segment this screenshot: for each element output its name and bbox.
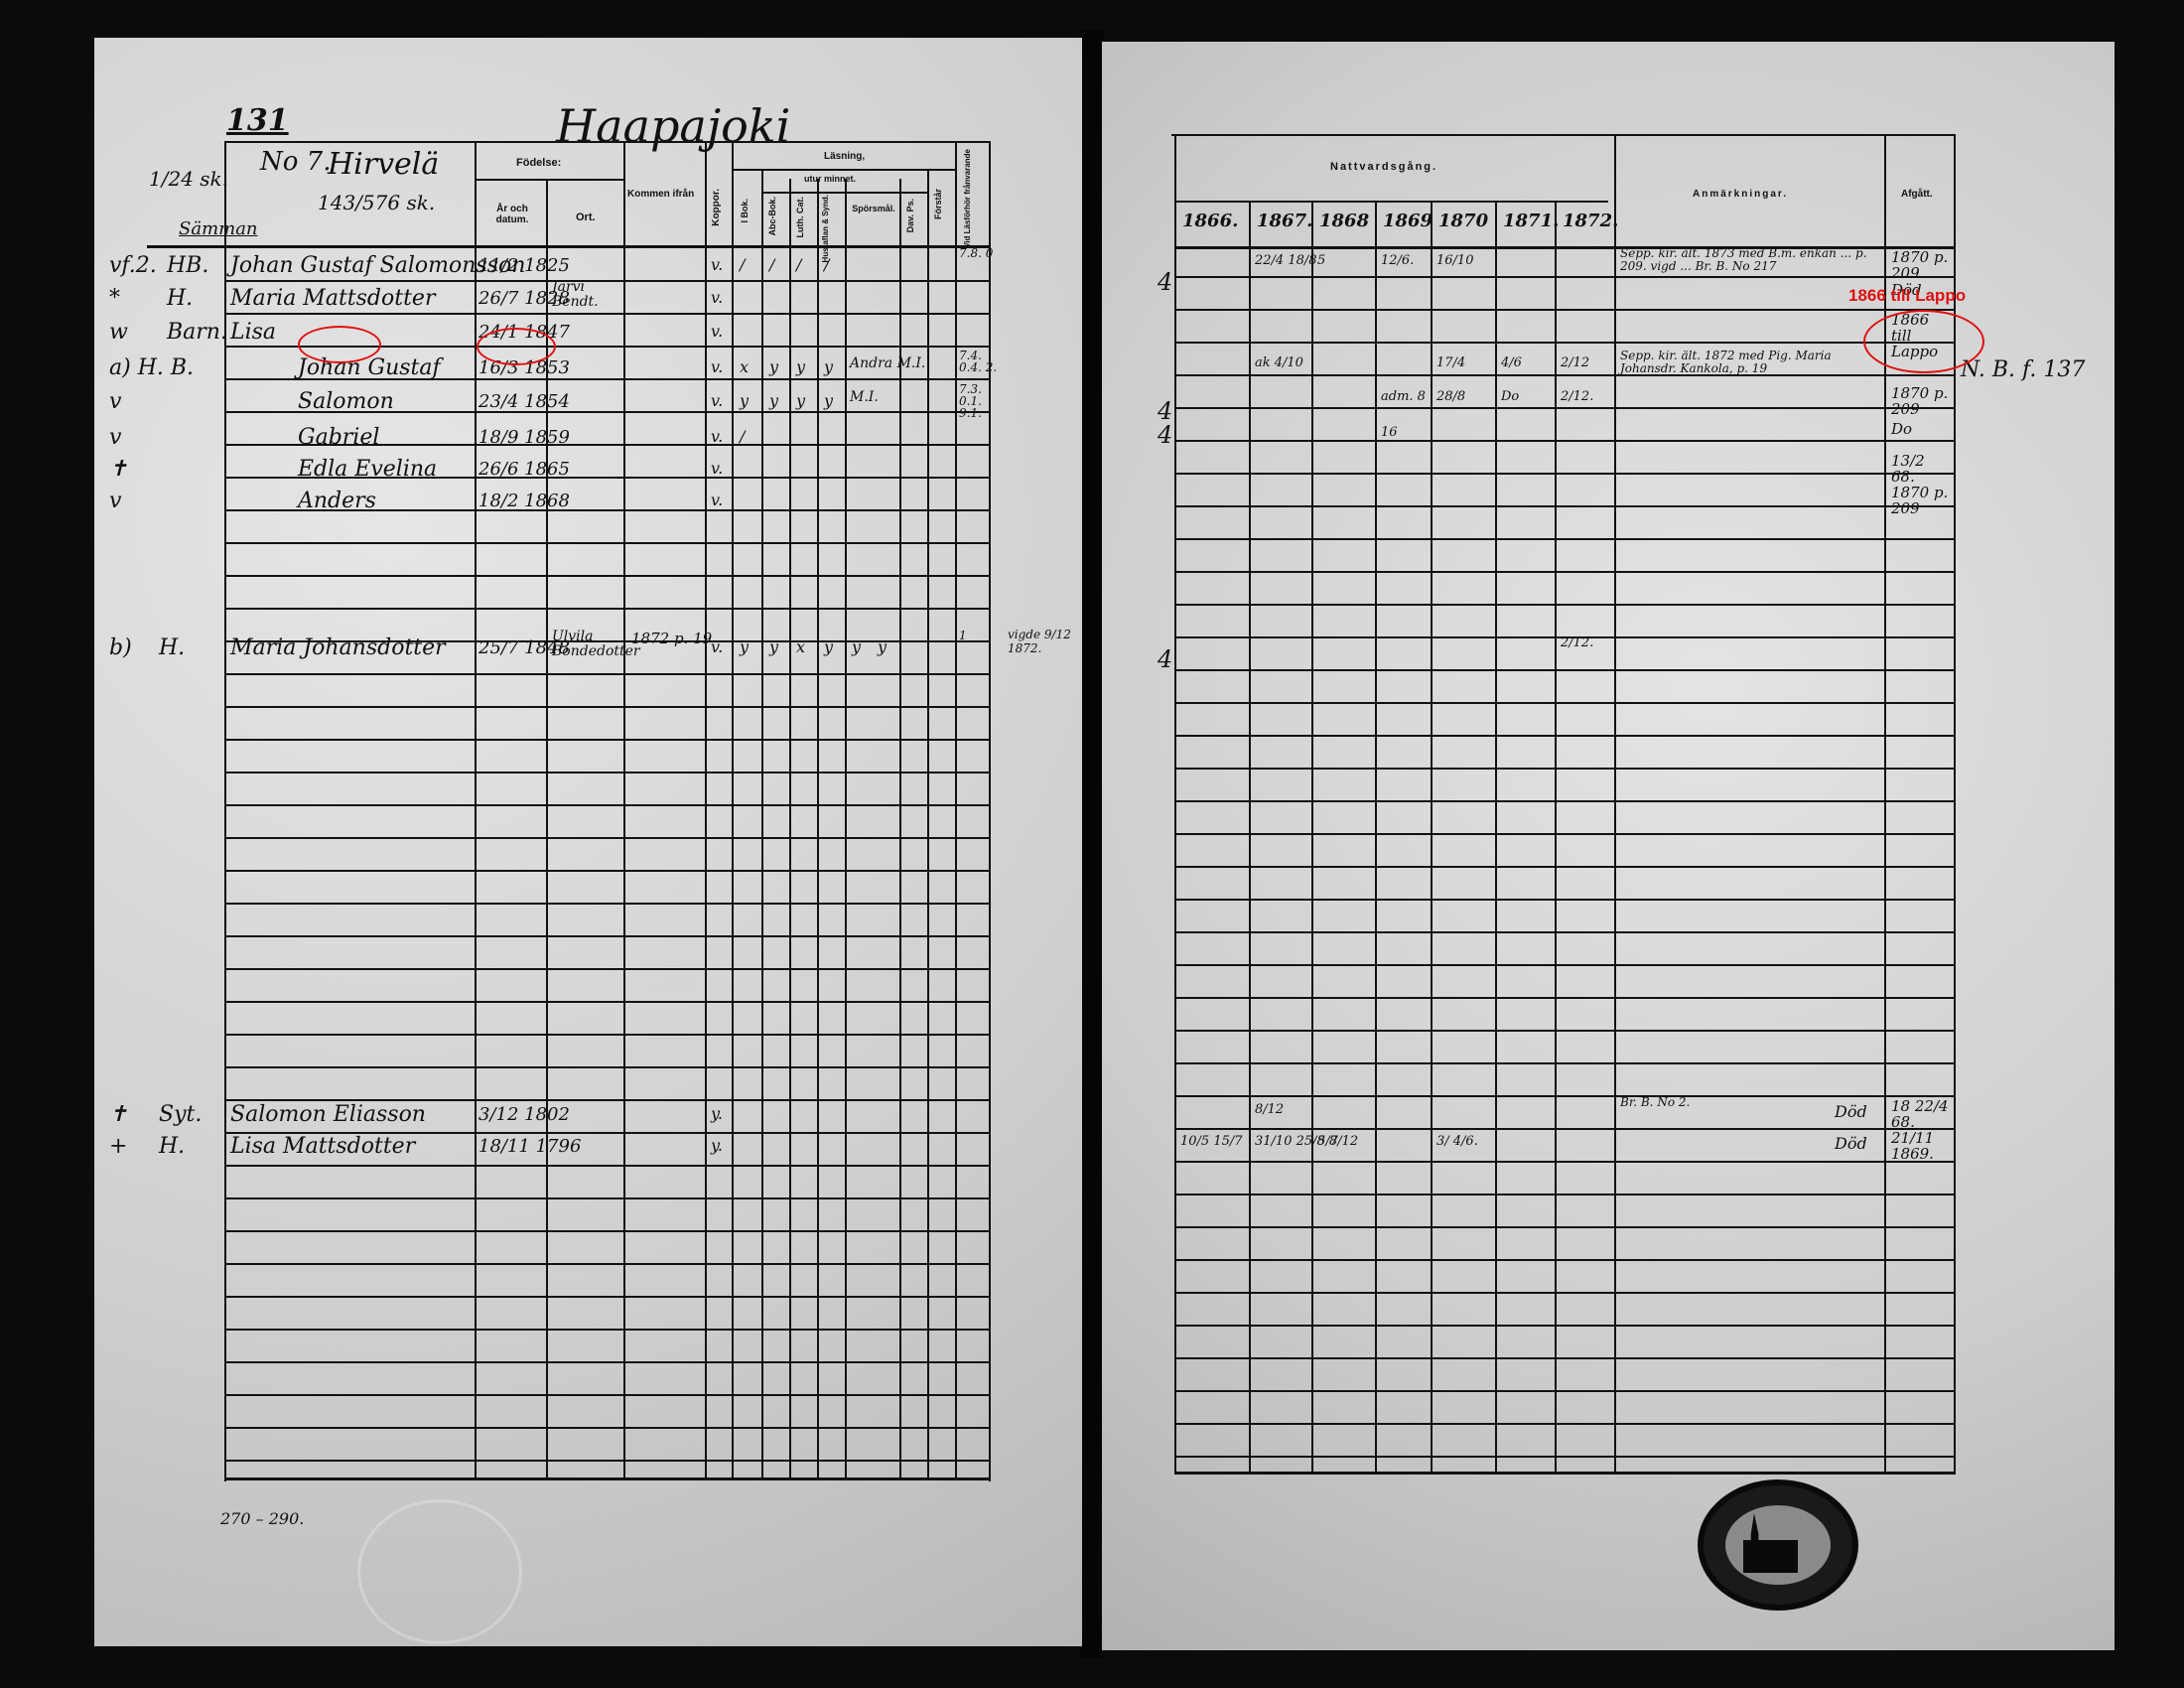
rule [1431, 201, 1433, 1475]
rule [789, 179, 791, 1479]
death-label: Död [1835, 1134, 1867, 1153]
row-mark: w [109, 320, 128, 345]
rule [761, 169, 763, 1479]
rule [1249, 201, 1251, 1475]
row-rule [226, 1165, 989, 1167]
departure-note: 21/11 1869. [1891, 1130, 1951, 1162]
row-rule [1174, 604, 1954, 606]
header-dav-ps: Dav. Ps. [905, 199, 915, 232]
sporsmal-mark: M.I. [850, 389, 879, 405]
row-role: H. [159, 1134, 185, 1159]
rule [927, 169, 929, 1479]
row-rule [226, 1361, 989, 1363]
year-header: 1871. [1503, 211, 1559, 231]
year-header: 1870 [1438, 211, 1488, 231]
row-rule [226, 706, 989, 708]
header-i-bok: I Bok. [740, 199, 750, 223]
person-name: Gabriel [298, 425, 379, 450]
row-rule [226, 1099, 989, 1101]
birth-date: 26/6 1865 [478, 459, 570, 480]
header-ar-och-datum: År och datum. [482, 204, 542, 225]
smallpox-mark: v. [711, 637, 723, 656]
communion-date: 4/6 [1501, 355, 1522, 370]
rule [1174, 201, 1608, 203]
communion-date: 28/8 [1436, 389, 1465, 404]
smallpox-mark: y. [711, 1136, 723, 1155]
row-rule [226, 772, 989, 774]
reading-mark: / [824, 255, 829, 274]
birth-date: 18/2 1868 [478, 491, 570, 511]
year-header: 1868 [1319, 211, 1369, 231]
row-rule [1174, 473, 1954, 475]
header-ort: Ort. [576, 211, 596, 223]
reading-mark: y [852, 637, 861, 656]
annotation-circle [1863, 310, 1984, 373]
communion-date: 12/6. [1381, 253, 1414, 268]
departure-note: 1870 p. 209 [1891, 249, 1951, 281]
rule [226, 141, 991, 143]
row-mark: b) [109, 635, 132, 660]
rule [761, 192, 927, 194]
header-kommen-fran: Kommen ifrån [627, 189, 694, 200]
communion-date: 5 [1317, 253, 1325, 268]
reading-mark: y [878, 637, 887, 656]
row-rule [1174, 1030, 1954, 1032]
right-page [1102, 42, 2115, 1650]
birth-date: 23/4 1854 [478, 391, 570, 412]
row-rule [1174, 1062, 1954, 1064]
birth-date: 3/12 1802 [478, 1104, 570, 1125]
reading-mark: / [740, 255, 745, 274]
marriage-note: vigde 9/12 1872. [1008, 628, 1077, 655]
row-rule [1174, 833, 1954, 835]
smallpox-mark: v. [711, 288, 723, 307]
communion-date: Do [1501, 389, 1519, 404]
rule [955, 141, 957, 1479]
person-name: Edla Evelina [298, 457, 437, 482]
row-rule [226, 1460, 989, 1462]
reading-mark: y [740, 391, 749, 410]
row-rule [226, 673, 989, 675]
departure-note: 18 22/4 68. [1891, 1098, 1951, 1130]
rule [1174, 201, 1176, 1475]
rule [732, 169, 955, 171]
row-mark: ✝ [109, 1102, 127, 1127]
farm-number: No 7. [260, 147, 331, 177]
row-rule [226, 1230, 989, 1232]
birth-date: 11/2 1825 [478, 255, 570, 276]
row-rule [1174, 571, 1954, 573]
row-rule [1174, 1292, 1954, 1294]
row-rule [226, 1197, 989, 1199]
rule [732, 141, 734, 1479]
header-abc-bok: Abc-Bok. [767, 197, 777, 236]
row-rule [1174, 735, 1954, 737]
came-from: 1872 p. 19 [631, 630, 712, 647]
row-rule [1174, 702, 1954, 704]
person-name: Maria Mattsdotter [230, 286, 435, 311]
row-role: H. [167, 286, 193, 311]
communion-date: 17/4 [1436, 355, 1465, 370]
row-mark: vf.2. [109, 253, 157, 278]
row-role: Barn. [167, 320, 227, 345]
row-rule [1174, 800, 1954, 802]
year-header: 1867. [1257, 211, 1312, 231]
rule [224, 1477, 989, 1480]
margin-mark: 4 [1158, 645, 1172, 673]
reading-mark: y [740, 637, 749, 656]
remark: Sepp. kir. ält. 1872 med Pig. Maria Joha… [1620, 350, 1880, 375]
row-rule [1174, 964, 1954, 966]
row-rule [1174, 1161, 1954, 1163]
rule [475, 179, 623, 181]
highlight-circle-date [477, 328, 556, 365]
row-role: Syt. [159, 1102, 202, 1127]
birth-place: Ulvila Bondedotter [552, 630, 621, 659]
header-hustaflan: Hustaflan & Synd. [821, 195, 830, 262]
person-name: Lisa Mattsdotter [230, 1134, 415, 1159]
reading-mark: x [740, 357, 749, 376]
communion-date: 31/10 25/8 8/12 [1255, 1134, 1358, 1149]
smallpox-mark: v. [711, 357, 723, 376]
row-rule [1174, 1357, 1954, 1359]
communion-date: 2/12 [1561, 355, 1589, 370]
departure-note: 13/2 68. [1891, 453, 1951, 485]
birth-date: 18/9 1859 [478, 427, 570, 448]
person-name: Salomon Eliasson [230, 1102, 426, 1127]
faint-stamp [357, 1499, 522, 1644]
header-fodelse: Födelse: [516, 157, 561, 169]
header-utur-minnet: utur minnet. [804, 174, 856, 184]
communion-date: 8/12 [1255, 1102, 1284, 1117]
rule [989, 141, 991, 1481]
annotation-text: 1866 till Lappo [1848, 286, 1966, 306]
highlight-circle-name [298, 326, 381, 363]
person-name: Anders [298, 489, 376, 513]
header-anmarkningar: Anmärkningar. [1693, 189, 1788, 200]
row-role: HB. [167, 253, 208, 278]
header-sporsmal: Spörsmål. [852, 204, 895, 213]
row-rule [226, 1329, 989, 1331]
row-rule [226, 542, 989, 544]
communion-date: 5/7 [1317, 1134, 1338, 1149]
row-rule [1174, 342, 1954, 344]
smallpox-mark: v. [711, 427, 723, 446]
rule [817, 179, 819, 1479]
book-gutter [1080, 30, 1104, 1658]
reading-mark: y [796, 357, 805, 376]
margin-mark: 4 [1158, 268, 1172, 296]
rule [623, 141, 625, 1479]
row-rule [1174, 1194, 1954, 1196]
header-lasning: Läsning, [824, 151, 865, 162]
header-vid-lasforhor: Vid Läsförhör frånvarande [963, 149, 972, 248]
year-header: 1869 [1383, 211, 1433, 231]
mantal-left: 1/24 sk. [149, 167, 228, 191]
rule [475, 141, 477, 1479]
rule [899, 179, 901, 1479]
row-mark: v [109, 389, 121, 414]
row-rule [226, 313, 989, 315]
row-rule [1174, 866, 1954, 868]
reading-mark: y [769, 357, 778, 376]
header-koppor: Koppor. [711, 189, 722, 226]
rule [1375, 201, 1377, 1475]
reading-mark: y [824, 357, 833, 376]
reading-mark: / [740, 427, 745, 446]
sporsmal-mark: Andra M.I. [850, 355, 925, 371]
row-rule [226, 1001, 989, 1003]
rule [1614, 134, 1616, 1475]
row-rule [226, 1034, 989, 1036]
rule [1171, 134, 1956, 136]
reading-mark: y [796, 391, 805, 410]
reading-mark: / [796, 255, 801, 274]
communion-date: 3/ 4/6. [1436, 1134, 1478, 1149]
header-forstar: Förstår [933, 189, 943, 219]
rule [1495, 201, 1497, 1475]
row-rule [1174, 1456, 1954, 1458]
communion-date: adm. 8 [1381, 389, 1426, 404]
footer-note: 270 – 290. [220, 1509, 304, 1528]
header-nattvardsgang: Nattvardsgång. [1330, 161, 1437, 173]
row-rule [1174, 505, 1954, 507]
header-afgatt: Afgått. [1901, 189, 1933, 200]
row-rule [226, 1263, 989, 1265]
absent-mark: 1 [959, 630, 999, 641]
communion-date: 22/4 18/8 [1255, 253, 1317, 268]
row-rule [226, 575, 989, 577]
rule [1174, 1472, 1954, 1475]
smallpox-mark: v. [711, 391, 723, 410]
row-rule [226, 739, 989, 741]
rule [705, 141, 707, 1479]
smallpox-mark: v. [711, 322, 723, 341]
birth-place: Järvi Bendt. [552, 280, 621, 310]
row-rule [1174, 1390, 1954, 1392]
communion-date: 10/5 15/7 [1180, 1134, 1243, 1149]
smallpox-mark: y. [711, 1104, 723, 1123]
row-rule [1174, 309, 1954, 311]
row-rule [226, 608, 989, 610]
left-page [94, 38, 1082, 1646]
departure-note: 1870 p. 209 [1891, 485, 1951, 516]
row-rule [1174, 899, 1954, 901]
row-rule [226, 1296, 989, 1298]
reading-mark: y [824, 637, 833, 656]
rule [1555, 201, 1557, 1475]
row-mark: + [109, 1134, 127, 1159]
margin-mark: 4 [1158, 421, 1172, 449]
rule [1311, 201, 1313, 1475]
row-rule [1174, 1423, 1954, 1425]
birth-date: 18/11 1796 [478, 1136, 581, 1157]
smallpox-mark: v. [711, 491, 723, 509]
absent-mark: 7.4. 0.4. 2. [959, 350, 999, 373]
year-header: 1866. [1182, 211, 1238, 231]
row-rule [1174, 440, 1954, 442]
row-rule [1174, 1259, 1954, 1261]
row-role: H. [159, 635, 185, 660]
reading-mark: y [769, 637, 778, 656]
year-header: 1872. [1563, 211, 1618, 231]
row-mark: v [109, 425, 121, 450]
communion-date: ak 4/10 [1255, 355, 1303, 370]
header-luth-cat: Luth. Cat. [795, 197, 805, 238]
row-mark: * [109, 286, 120, 311]
page-number: 131 [226, 103, 289, 138]
section-label: Sämman [179, 218, 258, 239]
rule [845, 179, 847, 1479]
row-mark: ✝ [109, 457, 127, 482]
absent-mark: 7.8. 0 [959, 247, 999, 259]
rule [147, 245, 991, 248]
reading-mark: y [824, 391, 833, 410]
row-rule [1174, 538, 1954, 540]
row-rule [226, 804, 989, 806]
parish-heading: Haapajoki [556, 99, 790, 153]
reading-mark: x [796, 637, 805, 656]
archive-stamp [1698, 1479, 1858, 1611]
smallpox-mark: v. [711, 459, 723, 478]
row-rule [1174, 1226, 1954, 1228]
row-rule [1174, 276, 1954, 278]
communion-date: 2/12. [1561, 389, 1593, 404]
absent-mark: 7.3. 0.1. 9.1. [959, 383, 999, 419]
row-rule [226, 935, 989, 937]
farm-name: Hirvelä [328, 147, 439, 182]
row-rule [1174, 669, 1954, 671]
death-label: Död [1835, 1102, 1867, 1121]
communion-date: 16/10 [1436, 253, 1473, 268]
mantal-right: 143/576 sk. [318, 191, 435, 214]
row-rule [1174, 997, 1954, 999]
row-rule [1174, 768, 1954, 770]
row-rule [226, 870, 989, 872]
person-name: Lisa [230, 320, 276, 345]
row-rule [226, 903, 989, 905]
row-rule [1174, 931, 1954, 933]
person-name: Maria Johansdotter [230, 635, 446, 660]
row-rule [226, 837, 989, 839]
departure-note: Do [1891, 421, 1951, 437]
row-mark: v [109, 489, 121, 513]
row-rule [226, 1427, 989, 1429]
row-rule [226, 968, 989, 970]
person-name: Salomon [298, 389, 394, 414]
communion-date: 2/12. [1561, 635, 1593, 650]
row-mark: a) H. B. [109, 355, 194, 380]
row-rule [226, 1066, 989, 1068]
row-rule [226, 1394, 989, 1396]
smallpox-mark: v. [711, 255, 723, 274]
communion-date: 16 [1381, 425, 1398, 440]
row-rule [1174, 1325, 1954, 1327]
reading-mark: / [769, 255, 774, 274]
row-rule [1174, 1128, 1954, 1130]
remark: Sepp. kir. ält. 1873 med B.m. enkan ... … [1620, 247, 1880, 273]
departure-note: 1870 p. 209 [1891, 385, 1951, 417]
margin-note-right: N. B. f. 137 [1961, 357, 2085, 382]
reading-mark: y [769, 391, 778, 410]
row-rule [1174, 407, 1954, 409]
